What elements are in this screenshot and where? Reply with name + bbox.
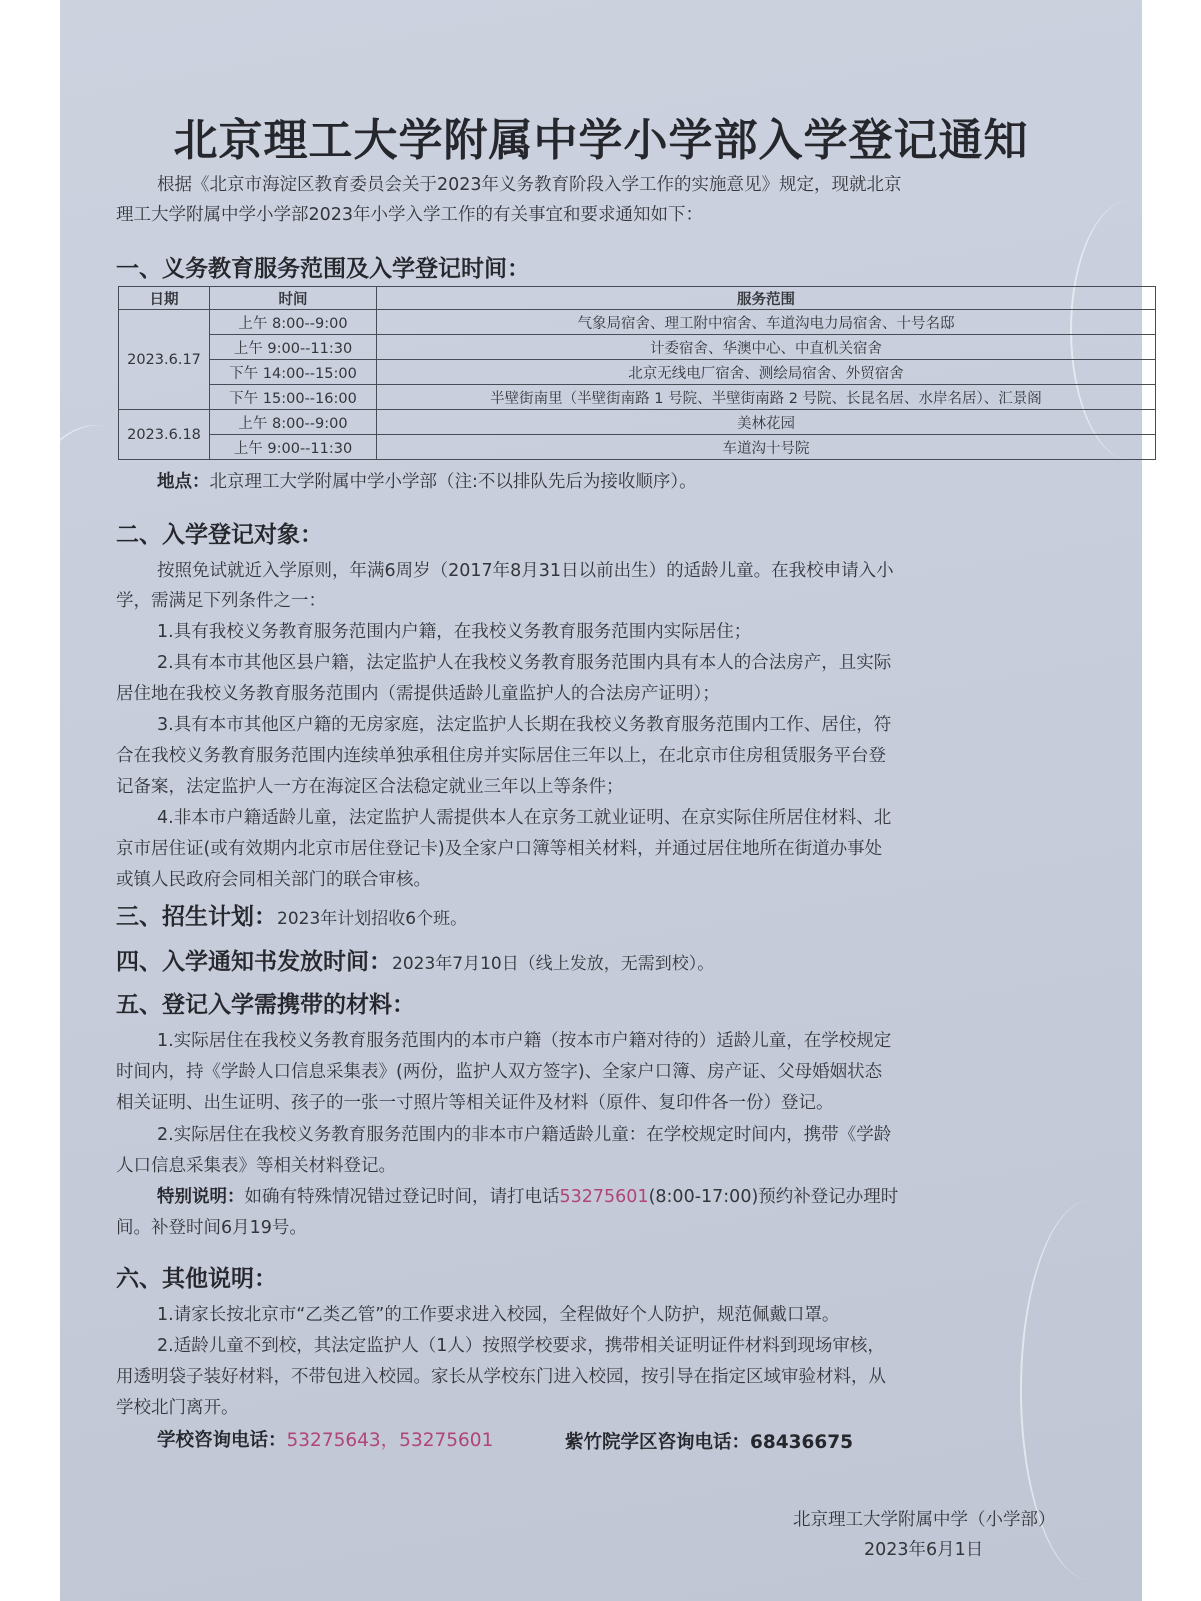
section-4-text: 2023年7月10日（线上发放，无需到校）。 <box>392 954 714 974</box>
table-row: 2023.6.18 上午 8:00--9:00 美林花园 <box>119 410 1156 435</box>
time-cell: 下午 15:00--16:00 <box>210 385 377 410</box>
section-6-line: 1.请家长按北京市“乙类乙管”的工作要求进入校园，全程做好个人防护，规范佩戴口罩… <box>157 1300 839 1330</box>
table-row: 上午 9:00--11:30 车道沟十号院 <box>119 435 1156 460</box>
section-2-line: 按照免试就近入学原则，年满6周岁（2017年8月31日以前出生）的适龄儿童。在我… <box>157 556 894 586</box>
time-cell: 上午 9:00--11:30 <box>210 435 377 460</box>
date-cell: 2023.6.18 <box>119 410 210 460</box>
school-contact: 学校咨询电话：53275643，53275601 <box>157 1426 493 1456</box>
table-row: 下午 15:00--16:00 半壁街南里（半壁街南路 1 号院、半壁街南路 2… <box>119 385 1156 410</box>
special-note-line-2: 间。补登时间6月19号。 <box>116 1213 307 1243</box>
schedule-table: 日期 时间 服务范围 2023.6.17 上午 8:00--9:00 气象局宿舍… <box>118 286 1156 460</box>
section-2-line: 记备案，法定监护人一方在海淀区合法稳定就业三年以上等条件； <box>116 772 624 802</box>
scope-cell: 美林花园 <box>377 410 1156 435</box>
col-header-date: 日期 <box>119 287 210 310</box>
section-5-line: 2.实际居住在我校义务教育服务范围内的非本市户籍适龄儿童：在学校规定时间内，携带… <box>157 1120 891 1150</box>
section-4-heading: 四、入学通知书发放时间： <box>116 949 392 975</box>
section-2-line: 2.具有本市其他区县户籍，法定监护人在我校义务教育服务范围内具有本人的合法房产，… <box>157 648 891 678</box>
col-header-time: 时间 <box>210 287 377 310</box>
section-5-line: 人口信息采集表》等相关材料登记。 <box>116 1151 396 1181</box>
scope-cell: 计委宿舍、华澳中心、中直机关宿舍 <box>377 335 1156 360</box>
section-2-line: 3.具有本市其他区户籍的无房家庭，法定监护人长期在我校义务教育服务范围内工作、居… <box>157 710 891 740</box>
section-1-heading: 一、义务教育服务范围及入学登记时间： <box>116 250 530 283</box>
scope-cell: 车道沟十号院 <box>377 435 1156 460</box>
section-2-line: 学，需满足下列条件之一： <box>116 586 326 616</box>
section-6-line: 学校北门离开。 <box>116 1393 239 1423</box>
section-5-line: 时间内，持《学龄人口信息采集表》(两份，监护人双方签字)、全家户口簿、房产证、父… <box>116 1057 882 1087</box>
special-note-hours: (8:00-17:00)预约补登记办理时 <box>649 1187 899 1207</box>
table-header-row: 日期 时间 服务范围 <box>119 287 1156 310</box>
location-line: 地点：北京理工大学附属中学小学部（注:不以排队先后为接收顺序）。 <box>157 467 697 497</box>
intro-line-2: 理工大学附属中学小学部2023年小学入学工作的有关事宜和要求通知如下： <box>116 200 703 230</box>
school-contact-phones: 53275643，53275601 <box>287 1430 494 1451</box>
location-label: 地点： <box>157 472 210 492</box>
section-4: 四、入学通知书发放时间：2023年7月10日（线上发放，无需到校）。 <box>116 943 714 976</box>
table-row: 2023.6.17 上午 8:00--9:00 气象局宿舍、理工附中宿舍、车道沟… <box>119 310 1156 335</box>
section-2-line: 居住地在我校义务教育服务范围内（需提供适龄儿童监护人的合法房产证明）； <box>116 679 720 709</box>
notice-poster: 北京理工大学附属中学小学部入学登记通知 根据《北京市海淀区教育委员会关于2023… <box>60 0 1142 1601</box>
school-contact-label: 学校咨询电话： <box>157 1430 287 1451</box>
section-6-line: 2.适龄儿童不到校，其法定监护人（1人）按照学校要求，携带相关证明证件材料到现场… <box>157 1331 885 1361</box>
section-5-line: 相关证明、出生证明、孩子的一张一寸照片等相关证件及材料（原件、复印件各一份）登记… <box>116 1088 834 1118</box>
special-note-line-1: 特别说明：如确有特殊情况错过登记时间，请打电话53275601(8:00-17:… <box>157 1182 898 1212</box>
section-2-line: 京市居住证(或有效期内北京市居住登记卡)及全家户口簿等相关材料，并通过居住地所在… <box>116 834 882 864</box>
special-note-phone: 53275601 <box>560 1187 649 1207</box>
section-3: 三、招生计划：2023年计划招收6个班。 <box>116 898 467 931</box>
section-5-heading: 五、登记入学需携带的材料： <box>116 986 415 1019</box>
special-note-text: 如确有特殊情况错过登记时间，请打电话 <box>245 1187 560 1207</box>
table-row: 上午 9:00--11:30 计委宿舍、华澳中心、中直机关宿舍 <box>119 335 1156 360</box>
signature-org: 北京理工大学附属中学（小学部） <box>793 1505 1056 1535</box>
section-2-line: 合在我校义务教育服务范围内连续单独承租住房并实际居住三年以上，在北京市住房租赁服… <box>116 741 886 771</box>
special-note-label: 特别说明： <box>157 1187 245 1207</box>
table-row: 下午 14:00--15:00 北京无线电厂宿舍、测绘局宿舍、外贸宿舍 <box>119 360 1156 385</box>
scope-cell: 半壁街南里（半壁街南路 1 号院、半壁街南路 2 号院、长昆名居、水岸名居）、汇… <box>377 385 1156 410</box>
section-2-line: 或镇人民政府会同相关部门的联合审核。 <box>116 865 431 895</box>
time-cell: 上午 8:00--9:00 <box>210 310 377 335</box>
district-contact: 紫竹院学区咨询电话：68436675 <box>565 1428 853 1458</box>
section-5-line: 1.实际居住在我校义务教育服务范围内的本市户籍（按本市户籍对待的）适龄儿童，在学… <box>157 1026 891 1056</box>
section-6-line: 用透明袋子装好材料，不带包进入校园。家长从学校东门进入校园，按引导在指定区域审验… <box>116 1362 886 1392</box>
location-text: 北京理工大学附属中学小学部（注:不以排队先后为接收顺序）。 <box>210 472 697 492</box>
notice-title: 北京理工大学附属中学小学部入学登记通知 <box>126 104 1076 168</box>
section-2-line: 4.非本市户籍适龄儿童，法定监护人需提供本人在京务工就业证明、在京实际住所居住材… <box>157 803 891 833</box>
district-contact-label: 紫竹院学区咨询电话： <box>565 1432 750 1453</box>
date-cell: 2023.6.17 <box>119 310 210 410</box>
scope-cell: 北京无线电厂宿舍、测绘局宿舍、外贸宿舍 <box>377 360 1156 385</box>
section-2-heading: 二、入学登记对象： <box>116 516 323 549</box>
time-cell: 上午 8:00--9:00 <box>210 410 377 435</box>
time-cell: 下午 14:00--15:00 <box>210 360 377 385</box>
section-2-line: 1.具有我校义务教育服务范围内户籍，在我校义务教育服务范围内实际居住； <box>157 617 751 647</box>
signature-date: 2023年6月1日 <box>864 1535 983 1565</box>
intro-line-1: 根据《北京市海淀区教育委员会关于2023年义务教育阶段入学工作的实施意见》规定，… <box>157 170 902 200</box>
district-contact-phone: 68436675 <box>750 1432 853 1453</box>
scope-cell: 气象局宿舍、理工附中宿舍、车道沟电力局宿舍、十号名邸 <box>377 310 1156 335</box>
section-3-heading: 三、招生计划： <box>116 904 277 930</box>
section-3-text: 2023年计划招收6个班。 <box>277 909 467 929</box>
col-header-scope: 服务范围 <box>377 287 1156 310</box>
section-6-heading: 六、其他说明： <box>116 1260 277 1293</box>
time-cell: 上午 9:00--11:30 <box>210 335 377 360</box>
